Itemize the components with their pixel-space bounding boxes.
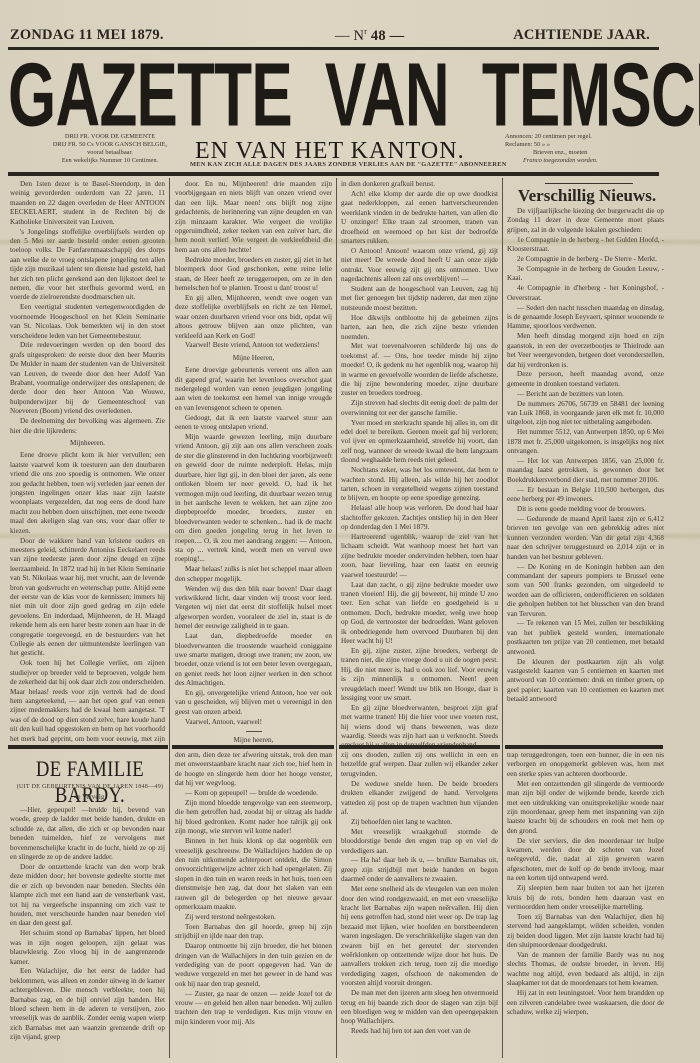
serial-column-2: den arm, dien deze ter afwering uitstak,… [175,751,332,1058]
serial-column-4: trap teruggedrongen, toen een hunner, di… [507,751,664,1058]
serial-column-3: zij ons dooden, zullen zij ons wellicht … [341,751,498,1058]
subscription-info: DRIJ FR. VOOR DE GEMEENTE DRIJ FR. 50 Cs… [35,133,185,165]
section-rule [8,745,168,749]
serial-column-1: —Hier, gepeupel! —brulde hij, bevend van… [10,806,165,1058]
obituary-column-3: in dien donkeren grafkuil berust. Ach! e… [341,180,498,745]
newspaper-page: ZONDAG 11 MEI 1879. — Nr 48 — ACHTIENDE … [0,0,700,1063]
newspaper-title: GAZETTE VAN TEMSCHE [8,53,477,137]
advertising-rates: Annoncen: 20 centimen per regel. Reclame… [505,133,655,165]
serial-part: 4e Vervolg. [8,793,172,801]
serial-subtitle: (UIT DE GEBEURTENIS VAN DE JAREN 1848—49… [8,784,172,790]
section-rule [505,745,663,749]
news-column: De vijfjaarlijksche kiezing der burgerwa… [507,207,664,745]
column-divider [502,178,503,1058]
paper-fold [0,532,700,540]
issue-number: — Nr 48 — [335,27,404,45]
obituary-column-2: door. En nu, Mijnheeren! drie maanden zi… [175,180,332,745]
obituary-column-1: Den 1sten dezer is te Basel-Steendorp, i… [10,180,165,745]
masthead-tagline: MEN KAN ZICH ALLE DAGEN DES JAARS ZONDER… [190,161,507,168]
news-section-title: Verschillig Nieuws. [512,186,662,206]
section-rule [172,745,334,749]
section-top-rule [545,183,633,184]
paper-fold [0,238,700,246]
column-divider [336,178,337,1058]
issue-date: ZONDAG 11 MEI 1879. [10,27,164,44]
volume-year: ACHTIENDE JAAR. [513,27,650,44]
column-divider [169,178,170,1058]
masthead-bottom-rule [8,172,659,176]
section-rule [339,745,500,749]
